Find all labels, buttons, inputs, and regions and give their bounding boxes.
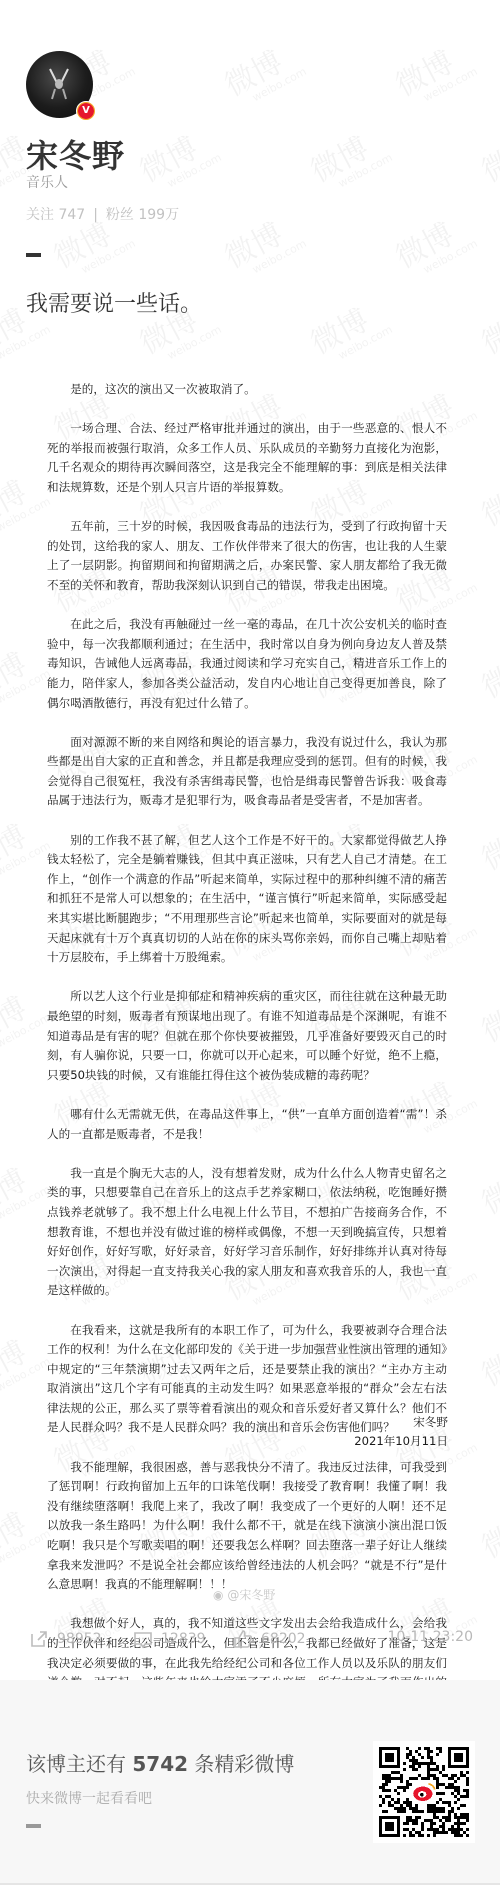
signature-date: 2021年10月11日 bbox=[354, 1432, 448, 1451]
divider-dash bbox=[26, 253, 41, 257]
avatar-figure-icon bbox=[48, 67, 70, 101]
post-actions: 98952 12839 68202 10-11 23:20 bbox=[0, 1629, 500, 1653]
profile-name: 宋冬野 bbox=[26, 131, 125, 177]
repost-icon bbox=[29, 1629, 49, 1649]
footer-promo: 该博主还有 5742 条精彩微博 快来微博一起看看吧 bbox=[0, 1680, 500, 1885]
letter-body: 是的，这次的演出又一次被取消了。 一场合理、合法、经过严格审批并通过的演出，由于… bbox=[47, 380, 447, 1885]
stats-separator: | bbox=[93, 207, 98, 223]
watermark-tile: 微博weibo.com bbox=[478, 1157, 500, 1230]
watermark-tile: 微博weibo.com bbox=[0, 469, 53, 542]
qr-code[interactable] bbox=[373, 1741, 475, 1843]
post-title: 我需要说一些话。 bbox=[26, 287, 202, 318]
watermark-tile: 微博weibo.com bbox=[0, 1157, 53, 1230]
watermark-tile: 微博weibo.com bbox=[478, 125, 500, 198]
watermark-tile: 微博weibo.com bbox=[478, 813, 500, 886]
watermark-tile: 微博weibo.com bbox=[136, 125, 224, 198]
watermark-tile: 微博weibo.com bbox=[478, 985, 500, 1058]
watermark-tile: 微博weibo.com bbox=[478, 1673, 500, 1680]
qr-code-icon bbox=[379, 1747, 469, 1837]
repost-button[interactable]: 98952 bbox=[29, 1629, 102, 1649]
verified-badge-icon: V bbox=[76, 101, 96, 121]
paragraph: 五年前，三十岁的时候，我因吸食毒品的违法行为，受到了行政拘留十天的处罚，这给我的… bbox=[47, 517, 447, 595]
letter-signature: 宋冬野 2021年10月11日 bbox=[354, 1413, 448, 1451]
paragraph: 一场合理、合法、经过严格审批并通过的演出，由于一些恶意的、恨人不死的举报而被强行… bbox=[47, 419, 447, 497]
watermark-tile: 微博weibo.com bbox=[0, 985, 53, 1058]
profile-role: 音乐人 bbox=[26, 172, 68, 192]
paragraph: 我不能理解，我很困惑，善与恶我快分不清了。我违反过法律，可我受到了惩罚啊！行政拘… bbox=[47, 1458, 447, 1595]
comment-button[interactable]: 12839 bbox=[133, 1629, 206, 1649]
comment-icon bbox=[133, 1629, 153, 1649]
weibo-logo-icon: ◉ bbox=[213, 1588, 223, 1602]
paragraph: 我一直是个胸无大志的人，没有想着发财，成为什么什么人物青史留名之类的事，只想要靠… bbox=[47, 1164, 447, 1301]
watermark-tile: 微博weibo.com bbox=[0, 641, 53, 714]
watermark-tile: 微博weibo.com bbox=[392, 39, 480, 112]
watermark-tile: 微博weibo.com bbox=[307, 297, 395, 370]
watermark-tile: 微博weibo.com bbox=[0, 1329, 53, 1402]
paragraph: 别的工作我不甚了解，但艺人这个工作是不好干的。大家都觉得做艺人挣钱太轻松了，完全… bbox=[47, 831, 447, 968]
signature-name: 宋冬野 bbox=[354, 1413, 448, 1432]
watermark-tile: 微博weibo.com bbox=[307, 125, 395, 198]
post-timestamp: 10-11 23:20 bbox=[388, 1629, 473, 1645]
watermark-tile: 微博weibo.com bbox=[478, 1501, 500, 1574]
thumbs-up-icon bbox=[233, 1629, 253, 1649]
paragraph: 所以艺人这个行业是抑郁症和精神疾病的重灾区，而往往就在这种最无助最绝望的时刻，贩… bbox=[47, 987, 447, 1085]
paragraph: 是的，这次的演出又一次被取消了。 bbox=[47, 380, 447, 400]
watermark-tile: 微博weibo.com bbox=[478, 1329, 500, 1402]
watermark-tile: 微博weibo.com bbox=[478, 641, 500, 714]
paragraph: 在此之后，我没有再触碰过一丝一毫的毒品，在几十次公安机关的临时查验中，每一次我都… bbox=[47, 615, 447, 713]
like-button[interactable]: 68202 bbox=[233, 1629, 306, 1649]
paragraph: 面对源源不断的来自网络和舆论的语言暴力，我没有说过什么，我认为那些都是出自大家的… bbox=[47, 733, 447, 811]
footer-divider-dash bbox=[26, 1824, 41, 1828]
watermark-tile: 微博weibo.com bbox=[0, 1673, 53, 1680]
watermark-tile: 微博weibo.com bbox=[221, 211, 309, 284]
following-link[interactable]: 关注 747 bbox=[26, 207, 85, 223]
watermark-tile: 微博weibo.com bbox=[478, 469, 500, 542]
watermark-tile: 微博weibo.com bbox=[0, 813, 53, 886]
watermark-tile: 微博weibo.com bbox=[221, 39, 309, 112]
image-watermark: ◉ @宋冬野 bbox=[213, 1586, 275, 1603]
watermark-tile: 微博weibo.com bbox=[0, 1501, 53, 1574]
followers-link[interactable]: 粉丝 199万 bbox=[106, 207, 179, 223]
footer-subline: 快来微博一起看看吧 bbox=[26, 1788, 152, 1808]
watermark-tile: 微博weibo.com bbox=[392, 211, 480, 284]
paragraph: 哪有什么无需就无供，在毒品这件事上，“供”一直单方面创造着“需”！杀人的一直都是… bbox=[47, 1105, 447, 1144]
watermark-tile: 微博weibo.com bbox=[478, 297, 500, 370]
profile-stats: 关注 747|粉丝 199万 bbox=[26, 204, 179, 224]
footer-headline: 该博主还有 5742 条精彩微博 bbox=[26, 1748, 294, 1777]
